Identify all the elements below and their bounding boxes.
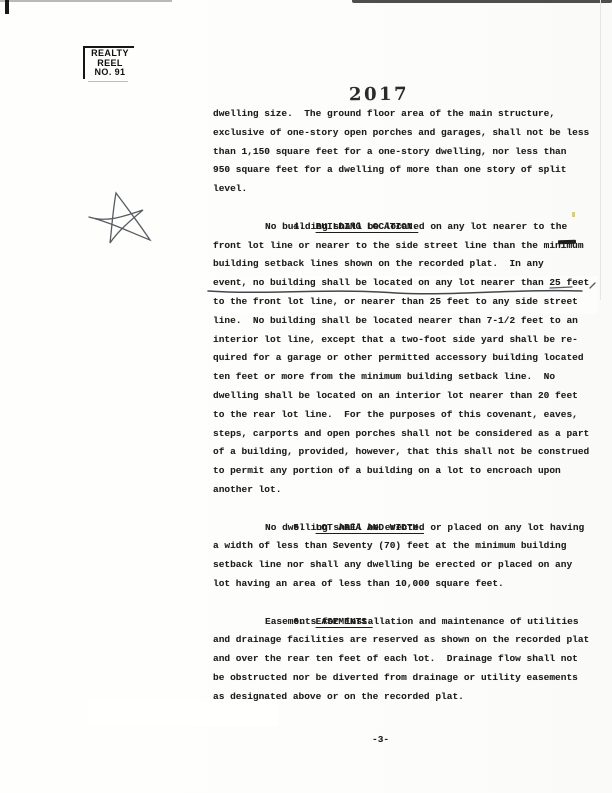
text-line: of a building, provided, however, that t… <box>213 443 593 462</box>
scan-edge-line-top-right <box>352 0 612 3</box>
hand-underline <box>206 282 598 298</box>
realty-stamp-line-3: NO. 91 <box>84 68 136 78</box>
section-heading-easements: 6.EASEMENTS. <box>213 594 593 613</box>
text-line: lot having an area of less than 10,000 s… <box>213 575 593 594</box>
stamp-border-top <box>83 46 134 48</box>
stamp-border-bottom <box>88 81 128 82</box>
text-line: steps, carports and open porches shall n… <box>213 425 593 444</box>
text-line: quired for a garage or other permitted a… <box>213 349 593 368</box>
section-heading-lot-area-and-width: 5.LOT AREA AND WIDTH. <box>213 500 593 519</box>
text-line: No building shall be located on any lot … <box>213 218 593 237</box>
text-line: and over the rear ten feet of each lot. … <box>213 650 593 669</box>
star-doodle <box>80 183 165 255</box>
paper-edge-line <box>600 0 601 300</box>
text-line: to permit any portion of a building on a… <box>213 462 593 481</box>
text-line: dwelling size. The ground floor area of … <box>213 105 593 124</box>
text-line: line. No building shall be located neare… <box>213 312 593 331</box>
text-line: 950 square feet for a dwelling of more t… <box>213 161 593 180</box>
text-line: interior lot line, except that a two-foo… <box>213 331 593 350</box>
text-line: than 1,150 square feet for a one-story d… <box>213 143 593 162</box>
text-line: dwelling shall be located on an interior… <box>213 387 593 406</box>
stamp-border-left <box>83 46 85 79</box>
text-line: setback line nor shall any dwelling be e… <box>213 556 593 575</box>
scan-edge-line-top-left <box>0 0 172 2</box>
text-line: level. <box>213 180 593 199</box>
text-line: a width of less than Seventy (70) feet a… <box>213 537 593 556</box>
text-line: another lot. <box>213 481 593 500</box>
page-id-stamp: 2017 <box>349 84 409 106</box>
section-heading-building-location: 4.BUILDING LOCATION. <box>213 199 593 218</box>
scan-corner-mark <box>5 0 9 14</box>
footer-page-number: -3- <box>372 734 389 745</box>
text-line: No dwelling shall be erected or placed o… <box>213 519 593 538</box>
text-line: building setback lines shown on the reco… <box>213 255 593 274</box>
text-line: Easements for installation and maintenan… <box>213 613 593 632</box>
text-line: and drainage facilities are reserved as … <box>213 631 593 650</box>
realty-reel-stamp: REALTY REEL NO. 91 <box>84 49 136 78</box>
text-line: exclusive of one-story open porches and … <box>213 124 593 143</box>
text-line: ten feet or more from the minimum buildi… <box>213 368 593 387</box>
document-body: dwelling size. The ground floor area of … <box>213 105 593 707</box>
text-line: as designated above or on the recorded p… <box>213 688 593 707</box>
scanned-document-page: REALTY REEL NO. 91 2017 dwelling size. T… <box>0 0 612 793</box>
text-line: be obstructed nor be diverted from drain… <box>213 669 593 688</box>
text-line: to the rear lot line. For the purposes o… <box>213 406 593 425</box>
text-line: front lot line or nearer to the side str… <box>213 237 593 256</box>
